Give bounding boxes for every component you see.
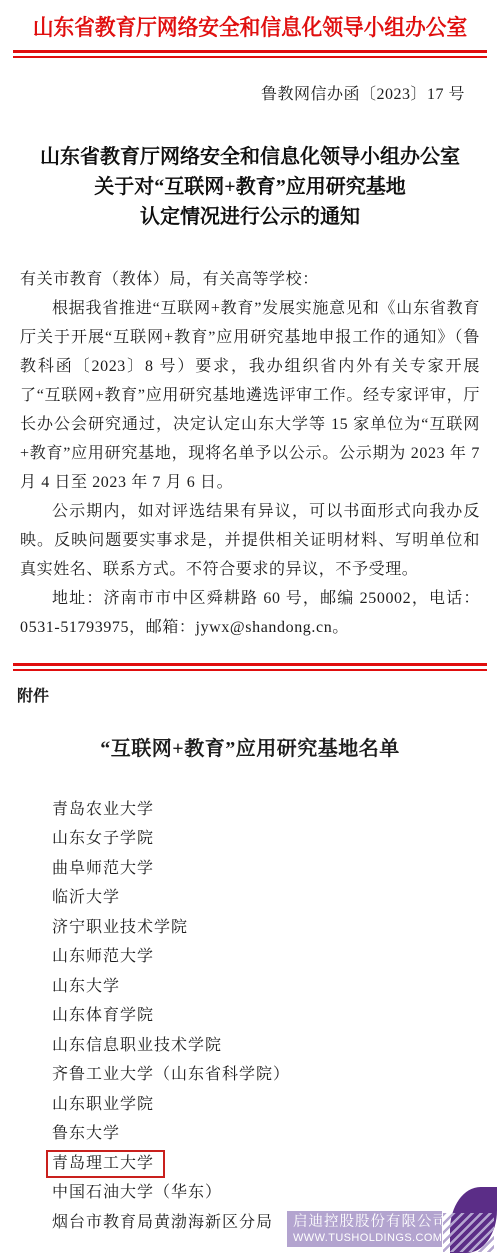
institution-name: 曲阜师范大学	[52, 859, 154, 879]
rule-thin-line	[13, 669, 487, 671]
watermark-diagonal-stripes	[443, 1213, 494, 1252]
list-item: 曲阜师范大学	[52, 854, 500, 884]
institution-name: 中国石油大学（华东）	[52, 1183, 222, 1203]
document-number: 鲁教网信办函〔2023〕17 号	[0, 81, 500, 104]
list-item: 青岛理工大学	[52, 1149, 500, 1179]
list-item: 中国石油大学（华东）	[52, 1179, 500, 1209]
institution-name: 山东信息职业技术学院	[52, 1036, 222, 1056]
institution-name: 鲁东大学	[52, 1124, 120, 1144]
attachment-double-rule	[13, 663, 487, 671]
notice-body: 有关市教育（教体）局，有关高等学校： 根据我省推进“互联网+教育”发展实施意见和…	[20, 265, 480, 642]
list-item: 山东体育学院	[52, 1002, 500, 1032]
institution-name: 烟台市教育局黄渤海新区分局	[52, 1213, 273, 1233]
document-page: 山东省教育厅网络安全和信息化领导小组办公室 鲁教网信办函〔2023〕17 号 山…	[0, 0, 500, 1256]
letterhead-org-name: 山东省教育厅网络安全和信息化领导小组办公室	[24, 13, 475, 43]
institution-name: 山东职业学院	[52, 1095, 154, 1115]
rule-thick-line	[13, 50, 487, 53]
list-item: 青岛农业大学	[52, 795, 500, 825]
institution-name: 齐鲁工业大学（山东省科学院）	[52, 1065, 290, 1085]
list-item: 山东信息职业技术学院	[52, 1031, 500, 1061]
rule-thick-line	[13, 663, 487, 666]
institution-list: 青岛农业大学山东女子学院曲阜师范大学临沂大学济宁职业技术学院山东师范大学山东大学…	[52, 795, 500, 1238]
institution-name: 山东大学	[52, 977, 120, 997]
salutation: 有关市教育（教体）局，有关高等学校：	[20, 265, 480, 294]
list-item: 山东师范大学	[52, 943, 500, 973]
notice-title: 山东省教育厅网络安全和信息化领导小组办公室 关于对“互联网+教育”应用研究基地 …	[0, 142, 500, 232]
institution-name: 青岛农业大学	[52, 800, 154, 820]
letterhead-double-rule	[13, 50, 487, 58]
list-item: 山东职业学院	[52, 1090, 500, 1120]
list-item: 山东大学	[52, 972, 500, 1002]
body-paragraph-1: 根据我省推进“互联网+教育”发展实施意见和《山东省教育厅关于开展“互联网+教育”…	[20, 294, 480, 497]
watermark-text-box: 启迪控股股份有限公司 WWW.TUSHOLDINGS.COM	[287, 1211, 442, 1247]
list-item: 临沂大学	[52, 884, 500, 914]
institution-name: 山东体育学院	[52, 1006, 154, 1026]
institution-name-highlighted: 青岛理工大学	[46, 1150, 165, 1178]
attachment-title: “互联网+教育”应用研究基地名单	[0, 732, 500, 761]
body-paragraph-3: 地址：济南市市中区舜耕路 60 号，邮编 250002，电话：0531-5179…	[20, 584, 480, 642]
list-item: 山东女子学院	[52, 825, 500, 855]
list-item: 济宁职业技术学院	[52, 913, 500, 943]
list-item: 齐鲁工业大学（山东省科学院）	[52, 1061, 500, 1091]
watermark-website: WWW.TUSHOLDINGS.COM	[293, 1232, 442, 1245]
institution-name: 山东师范大学	[52, 947, 154, 967]
attachment-label: 附件	[17, 683, 500, 706]
watermark-company-name: 启迪控股股份有限公司	[293, 1213, 442, 1232]
list-item: 鲁东大学	[52, 1120, 500, 1150]
institution-name: 山东女子学院	[52, 829, 154, 849]
rule-thin-line	[13, 56, 487, 58]
body-paragraph-2: 公示期内，如对评选结果有异议，可以书面形式向我办反映。反映问题要实事求是，并提供…	[20, 497, 480, 584]
institution-name: 济宁职业技术学院	[52, 918, 188, 938]
notice-title-line-1: 山东省教育厅网络安全和信息化领导小组办公室	[0, 142, 500, 172]
institution-name: 临沂大学	[52, 888, 120, 908]
notice-title-line-2: 关于对“互联网+教育”应用研究基地	[0, 172, 500, 202]
notice-title-line-3: 认定情况进行公示的通知	[0, 202, 500, 232]
